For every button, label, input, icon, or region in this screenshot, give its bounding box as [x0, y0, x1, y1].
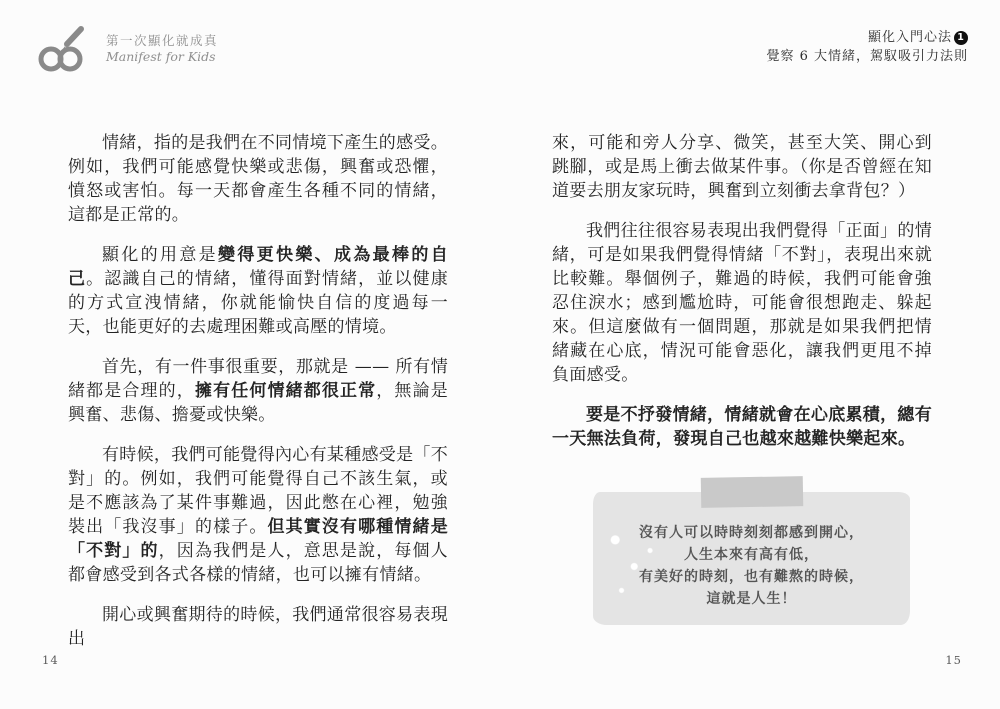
paragraph: 來，可能和旁人分享、微笑，甚至大笑、開心到跳腳，或是馬上衝去做某件事。（你是否曾… — [552, 131, 932, 203]
note-line: 人生本來有高有低， — [593, 544, 910, 566]
page-number-left: 14 — [42, 653, 59, 667]
left-page-text: 情緒，指的是我們在不同情境下產生的感受。例如，我們可能感覺快樂或悲傷，興奮或恐懼… — [68, 131, 448, 667]
paragraph: 情緒，指的是我們在不同情境下產生的感受。例如，我們可能感覺快樂或悲傷，興奮或恐懼… — [68, 131, 448, 227]
chapter-number-badge: 1 — [954, 31, 968, 45]
infinity-pencil-icon — [34, 24, 98, 74]
chapter-subtitle: 覺察 6 大情緒，駕馭吸引力法則 — [766, 47, 968, 66]
note-line: 沒有人可以時時刻刻都感到開心， — [593, 522, 910, 544]
note-line: 有美好的時刻，也有難熬的時候， — [593, 566, 910, 588]
logo-text: 第一次顯化就成真 Manifest for Kids — [106, 33, 218, 65]
paragraph: 有時候，我們可能覺得內心有某種感受是「不對」的。例如，我們可能覺得自己不該生氣，… — [68, 443, 448, 587]
right-page: 來，可能和旁人分享、微笑，甚至大笑、開心到跳腳，或是馬上衝去做某件事。（你是否曾… — [552, 131, 932, 625]
paragraph: 首先，有一件事很重要，那就是 —— 所有情緒都是合理的，擁有任何情緒都很正常，無… — [68, 355, 448, 427]
chapter-title-line: 顯化入門心法1 — [766, 28, 968, 47]
series-title-en: Manifest for Kids — [106, 49, 218, 65]
note-box: 沒有人可以時時刻刻都感到開心，人生本來有高有低，有美好的時刻，也有難熬的時候，這… — [593, 492, 910, 625]
book-spread: 第一次顯化就成真 Manifest for Kids 顯化入門心法1 覺察 6 … — [0, 0, 1000, 709]
series-title-zh: 第一次顯化就成真 — [106, 33, 218, 49]
paragraph: 要是不抒發情緒，情緒就會在心底累積，總有一天無法負荷，發現自己也越來越難快樂起來… — [552, 403, 932, 451]
note-line: 這就是人生！ — [593, 588, 910, 610]
header-left: 第一次顯化就成真 Manifest for Kids — [34, 24, 218, 74]
paragraph: 我們往往很容易表現出我們覺得「正面」的情緒，可是如果我們覺得情緒「不對」，表現出… — [552, 219, 932, 387]
page-number-right: 15 — [945, 653, 962, 667]
paragraph: 顯化的用意是變得更快樂、成為最棒的自己。認識自己的情緒，懂得面對情緒，並以健康的… — [68, 243, 448, 339]
header-right: 顯化入門心法1 覺察 6 大情緒，駕馭吸引力法則 — [766, 28, 968, 66]
tape-icon — [700, 476, 803, 508]
paragraph: 開心或興奮期待的時候，我們通常很容易表現出 — [68, 603, 448, 651]
note-box-lines: 沒有人可以時時刻刻都感到開心，人生本來有高有低，有美好的時刻，也有難熬的時候，這… — [593, 522, 910, 610]
right-page-text: 來，可能和旁人分享、微笑，甚至大笑、開心到跳腳，或是馬上衝去做某件事。（你是否曾… — [552, 131, 932, 451]
chapter-title: 顯化入門心法 — [868, 30, 952, 45]
